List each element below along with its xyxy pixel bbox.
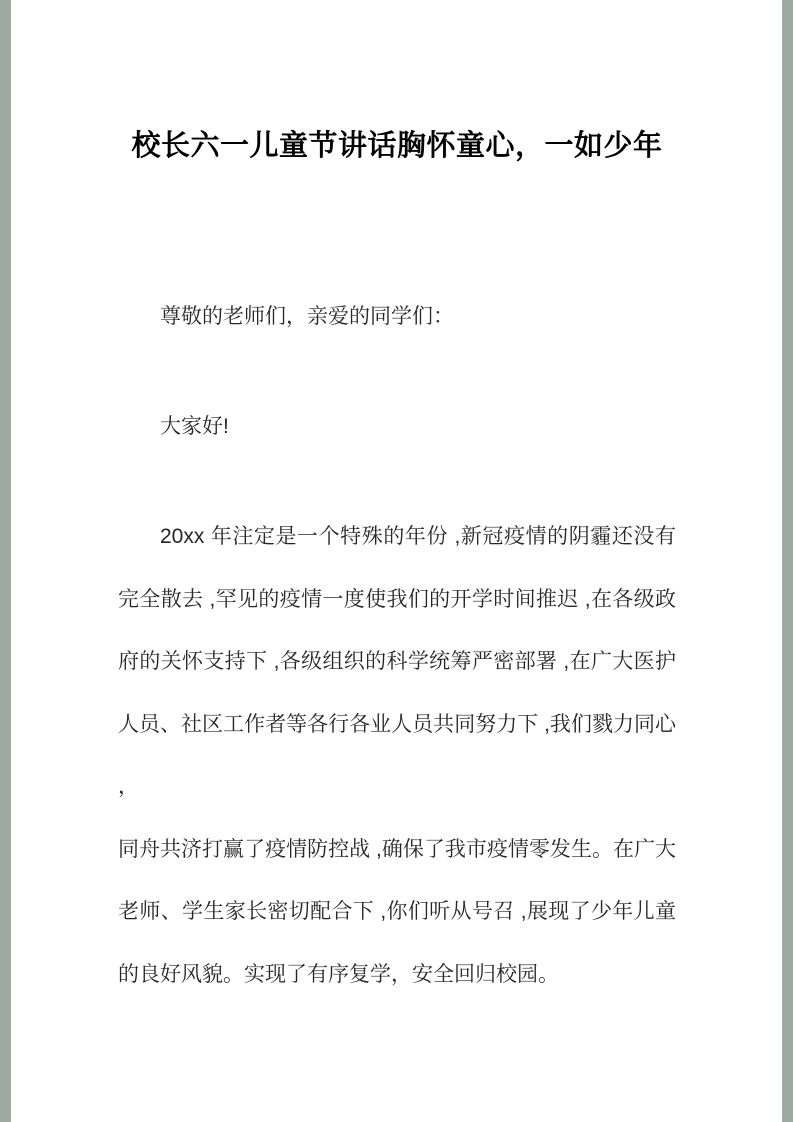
body-line-3: 府的关怀支持下 ,各级组织的科学统筹严密部署 ,在广大医护 (118, 631, 676, 694)
document-title: 校长六一儿童节讲话胸怀童心，一如少年 (118, 126, 676, 166)
document-content: 校长六一儿童节讲话胸怀童心，一如少年 尊敬的老师们，亲爱的同学们： 大家好! 2… (118, 0, 676, 1006)
body-line-5: 同舟共济打赢了疫情防控战 ,确保了我市疫情零发生。在广大 (118, 819, 676, 882)
body-line-7: 的良好风貌。实现了有序复学，安全回归校园。 (118, 944, 676, 1007)
salutation-line: 尊敬的老师们，亲爱的同学们： (118, 286, 676, 349)
greeting-line: 大家好! (118, 396, 676, 459)
body-paragraph: 20xx 年注定是一个特殊的年份 ,新冠疫情的阴霾还没有 完全散去 ,罕见的疫情… (118, 506, 676, 1006)
page-edge-left (0, 0, 11, 1122)
page-edge-right (782, 0, 793, 1122)
body-line-4: 人员、社区工作者等各行各业人员共同努力下 ,我们戮力同心 ， (118, 694, 676, 819)
body-line-1: 20xx 年注定是一个特殊的年份 ,新冠疫情的阴霾还没有 (118, 506, 676, 569)
document-page: 校长六一儿童节讲话胸怀童心，一如少年 尊敬的老师们，亲爱的同学们： 大家好! 2… (0, 0, 793, 1122)
body-line-2: 完全散去 ,罕见的疫情一度使我们的开学时间推迟 ,在各级政 (118, 569, 676, 632)
body-line-6: 老师、学生家长密切配合下 ,你们听从号召 ,展现了少年儿童 (118, 881, 676, 944)
